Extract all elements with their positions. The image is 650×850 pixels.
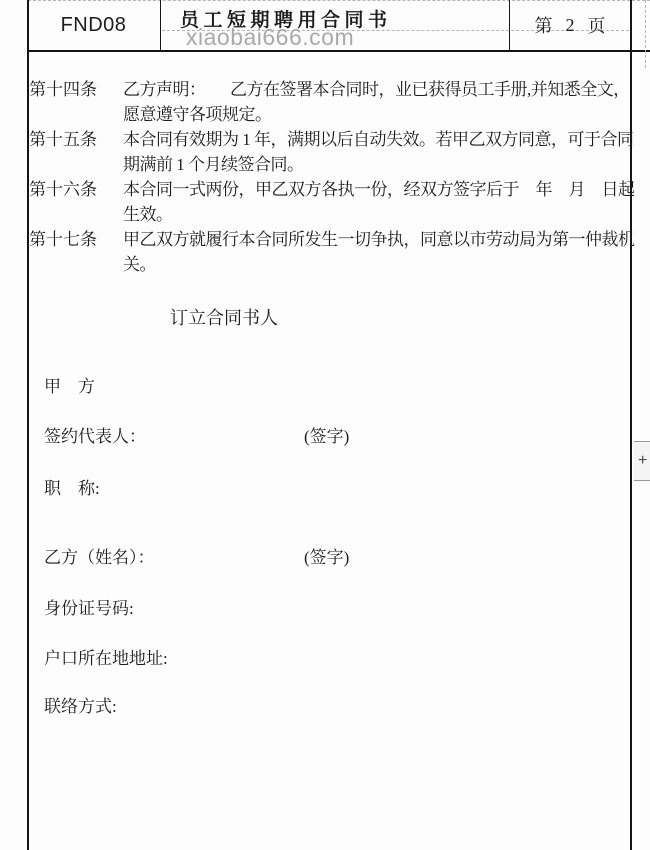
id-number-label: 身份证号码:	[44, 598, 134, 619]
job-title-label: 职 称:	[44, 478, 100, 499]
clause-17: 第十七条 甲乙双方就履行本合同所发生一切争执，同意以市劳动局为第一仲裁机 关。	[29, 227, 630, 277]
clause-17-line-2: 关。	[123, 252, 635, 277]
header-separator-left	[160, 0, 161, 51]
expand-plus-button[interactable]: +	[634, 441, 650, 481]
watermark-text: xiaobai666.com	[186, 24, 354, 51]
clause-16-line-1: 本合同一式两份，甲乙双方各执一份，经双方签字后于 年 月 日起	[123, 177, 635, 202]
contact-method-label: 联络方式:	[44, 696, 117, 717]
signature-note-party-a: (签字)	[304, 426, 349, 447]
representative-label: 签约代表人：	[44, 426, 146, 447]
clause-15-line-2: 期满前 1 个月续签合同。	[123, 152, 634, 177]
clause-list: 第十四条 乙方声明： 乙方在签署本合同时，业已获得员工手册,并知悉全文， 愿意遵…	[29, 77, 630, 277]
plus-icon: +	[634, 453, 647, 469]
page-indicator-suffix: 页	[588, 12, 606, 38]
party-a-label: 甲 方	[44, 376, 95, 397]
page-indicator: 第 2 页	[509, 0, 631, 50]
clause-15: 第十五条 本合同有效期为 1 年，满期以后自动失效。若甲乙双方同意，可于合同 期…	[29, 127, 630, 177]
clause-14: 第十四条 乙方声明： 乙方在签署本合同时，业已获得员工手册,并知悉全文， 愿意遵…	[29, 77, 630, 127]
clause-17-label: 第十七条	[29, 227, 123, 277]
clause-17-line-1: 甲乙双方就履行本合同所发生一切争执，同意以市劳动局为第一仲裁机	[123, 227, 635, 252]
clause-15-line-1: 本合同有效期为 1 年，满期以后自动失效。若甲乙双方同意，可于合同	[123, 127, 634, 152]
page-number: 2	[566, 15, 575, 36]
clause-16: 第十六条 本合同一式两份，甲乙双方各执一份，经双方签字后于 年 月 日起 生效。	[29, 177, 630, 227]
signing-heading: 订立合同书人	[170, 308, 278, 329]
clause-14-label: 第十四条	[29, 77, 123, 127]
signature-note-party-b: (签字)	[304, 547, 349, 568]
party-b-label: 乙方（姓名）：	[44, 547, 155, 568]
registered-address-label: 户口所在地地址:	[44, 648, 168, 669]
page-indicator-prefix: 第	[535, 12, 553, 38]
clause-16-label: 第十六条	[29, 177, 123, 227]
page-margin-gridline	[645, 0, 646, 68]
clause-16-line-2: 生效。	[123, 202, 635, 227]
clause-14-line-1: 乙方声明： 乙方在签署本合同时，业已获得员工手册,并知悉全文，	[123, 77, 630, 102]
contract-page: FND08 员工短期聘用合同书 xiaobai666.com 第 2 页 第十四…	[0, 0, 650, 850]
form-code: FND08	[27, 0, 160, 50]
clause-14-line-2: 愿意遵守各项规定。	[123, 102, 630, 127]
clause-15-label: 第十五条	[29, 127, 123, 177]
